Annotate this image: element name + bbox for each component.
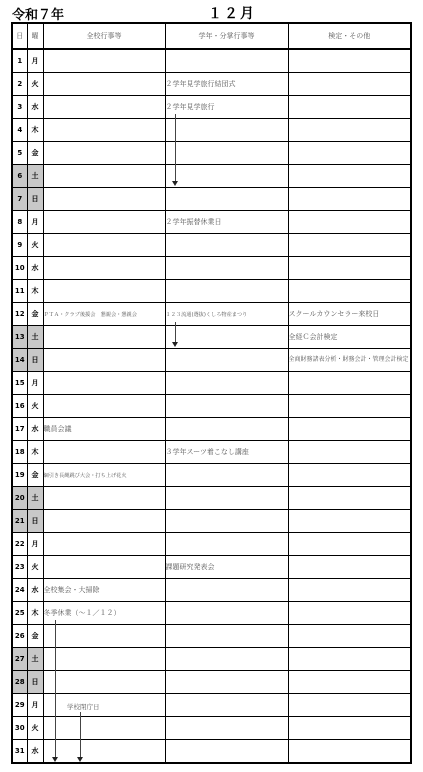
day-of-week: 水 <box>27 96 43 119</box>
school-event-cell <box>43 73 165 96</box>
grade-event-cell: ２学年見学旅行 <box>165 96 288 119</box>
day-number: 6 <box>12 165 27 188</box>
grade-event-cell <box>165 395 288 418</box>
calendar-row: 24水全校集会・大掃除 <box>12 579 411 602</box>
exam-other-cell <box>288 142 411 165</box>
calendar-row: 2火２学年見学旅行結団式 <box>12 73 411 96</box>
day-of-week: 木 <box>27 441 43 464</box>
day-of-week: 木 <box>27 119 43 142</box>
grade-event-cell <box>165 165 288 188</box>
grade-event-cell <box>165 579 288 602</box>
school-event-cell <box>43 234 165 257</box>
day-of-week: 月 <box>27 372 43 395</box>
day-number: 23 <box>12 556 27 579</box>
exam-other-cell <box>288 602 411 625</box>
grade-event-cell <box>165 119 288 142</box>
calendar-row: 18木３学年スーツ着こなし講座 <box>12 441 411 464</box>
school-event-cell <box>43 648 165 671</box>
grade-event-cell <box>165 49 288 73</box>
calendar-row: 19金綱引き長縄跳び大会・打ち上げ花火 <box>12 464 411 487</box>
day-of-week: 土 <box>27 326 43 349</box>
exam-other-cell <box>288 73 411 96</box>
exam-other-cell <box>288 740 411 764</box>
day-number: 29 <box>12 694 27 717</box>
grade-event-cell <box>165 188 288 211</box>
school-event-cell: 全校集会・大掃除 <box>43 579 165 602</box>
grade-event-cell <box>165 602 288 625</box>
day-number: 25 <box>12 602 27 625</box>
grade-event-cell <box>165 418 288 441</box>
day-of-week: 土 <box>27 648 43 671</box>
school-event-cell <box>43 326 165 349</box>
calendar-row: 15月 <box>12 372 411 395</box>
grade-event-cell: ３学年スーツ着こなし講座 <box>165 441 288 464</box>
school-event-cell: 綱引き長縄跳び大会・打ち上げ花火 <box>43 464 165 487</box>
exam-other-cell <box>288 487 411 510</box>
grade-event-cell <box>165 717 288 740</box>
col-header-dow: 曜 <box>27 23 43 49</box>
day-number: 9 <box>12 234 27 257</box>
day-of-week: 火 <box>27 556 43 579</box>
day-of-week: 日 <box>27 510 43 533</box>
day-number: 5 <box>12 142 27 165</box>
day-of-week: 金 <box>27 625 43 648</box>
day-of-week: 火 <box>27 395 43 418</box>
day-of-week: 火 <box>27 234 43 257</box>
day-of-week: 水 <box>27 579 43 602</box>
day-number: 18 <box>12 441 27 464</box>
day-of-week: 土 <box>27 487 43 510</box>
exam-other-cell <box>288 96 411 119</box>
arrow-down-icon <box>55 620 56 758</box>
calendar-row: 7日 <box>12 188 411 211</box>
calendar-row: 16火 <box>12 395 411 418</box>
calendar-row: 10水 <box>12 257 411 280</box>
calendar-row: 25木冬季休業（～１／１２） <box>12 602 411 625</box>
exam-other-cell <box>288 372 411 395</box>
calendar-row: 13土全経Ｃ会計検定 <box>12 326 411 349</box>
calendar-row: 30火 <box>12 717 411 740</box>
day-of-week: 月 <box>27 533 43 556</box>
calendar-row: 26金 <box>12 625 411 648</box>
calendar-row: 4木 <box>12 119 411 142</box>
grade-event-cell <box>165 533 288 556</box>
day-of-week: 水 <box>27 740 43 764</box>
calendar-row: 12金ＰＴＡ・クラブ後援会 懇親会・懇親会１２３流通(選抜)くしろ物産まつりスク… <box>12 303 411 326</box>
school-event-cell <box>43 487 165 510</box>
grade-event-cell: １２３流通(選抜)くしろ物産まつり <box>165 303 288 326</box>
calendar-row: 17水職員会議 <box>12 418 411 441</box>
arrow-down-icon <box>175 114 176 182</box>
grade-event-cell <box>165 648 288 671</box>
school-event-cell <box>43 740 165 764</box>
grade-event-cell <box>165 257 288 280</box>
calendar-row: 21日 <box>12 510 411 533</box>
school-event-cell <box>43 49 165 73</box>
calendar-table: 日 曜 全校行事等 学年・分掌行事等 検定・その他 1月2火２学年見学旅行結団式… <box>11 22 412 764</box>
exam-other-cell <box>288 211 411 234</box>
school-event-cell <box>43 119 165 142</box>
day-of-week: 金 <box>27 464 43 487</box>
school-event-cell <box>43 96 165 119</box>
day-number: 1 <box>12 49 27 73</box>
grade-event-cell <box>165 234 288 257</box>
day-of-week: 水 <box>27 257 43 280</box>
grade-event-cell: ２学年振替休業日 <box>165 211 288 234</box>
day-number: 15 <box>12 372 27 395</box>
grade-event-cell <box>165 671 288 694</box>
school-event-cell <box>43 280 165 303</box>
exam-other-cell <box>288 694 411 717</box>
exam-other-cell <box>288 717 411 740</box>
day-number: 11 <box>12 280 27 303</box>
month-title: １２月 <box>208 3 256 23</box>
school-event-cell <box>43 717 165 740</box>
day-number: 17 <box>12 418 27 441</box>
day-number: 7 <box>12 188 27 211</box>
day-number: 8 <box>12 211 27 234</box>
grade-event-cell <box>165 280 288 303</box>
exam-other-cell <box>288 165 411 188</box>
grade-event-cell <box>165 464 288 487</box>
era-year: 令和７年 <box>12 4 64 23</box>
grade-event-cell: 課題研究発表会 <box>165 556 288 579</box>
day-of-week: 金 <box>27 303 43 326</box>
day-of-week: 金 <box>27 142 43 165</box>
arrow-down-icon <box>175 322 176 343</box>
day-number: 26 <box>12 625 27 648</box>
school-event-cell <box>43 510 165 533</box>
day-number: 4 <box>12 119 27 142</box>
exam-other-cell: 全商財務諸表分析・財務会計・管理会計検定 <box>288 349 411 372</box>
calendar-row: 6土 <box>12 165 411 188</box>
school-event-cell <box>43 625 165 648</box>
day-number: 21 <box>12 510 27 533</box>
day-of-week: 月 <box>27 49 43 73</box>
calendar-row: 8月２学年振替休業日 <box>12 211 411 234</box>
day-number: 3 <box>12 96 27 119</box>
day-number: 22 <box>12 533 27 556</box>
school-event-cell <box>43 694 165 717</box>
arrow-down-icon <box>80 712 81 758</box>
day-of-week: 日 <box>27 671 43 694</box>
grade-event-cell <box>165 625 288 648</box>
col-header-day: 日 <box>12 23 27 49</box>
exam-other-cell <box>288 441 411 464</box>
day-number: 31 <box>12 740 27 764</box>
exam-other-cell <box>288 257 411 280</box>
day-of-week: 日 <box>27 349 43 372</box>
col-header-school-events: 全校行事等 <box>43 23 165 49</box>
school-event-cell <box>43 556 165 579</box>
day-of-week: 木 <box>27 602 43 625</box>
day-number: 27 <box>12 648 27 671</box>
calendar-row: 20土 <box>12 487 411 510</box>
school-event-cell <box>43 349 165 372</box>
school-event-cell <box>43 441 165 464</box>
exam-other-cell <box>288 418 411 441</box>
school-event-cell: 冬季休業（～１／１２） <box>43 602 165 625</box>
day-of-week: 月 <box>27 211 43 234</box>
exam-other-cell <box>288 671 411 694</box>
calendar-row: 9火 <box>12 234 411 257</box>
grade-event-cell <box>165 740 288 764</box>
school-event-cell <box>43 533 165 556</box>
day-number: 2 <box>12 73 27 96</box>
exam-other-cell <box>288 188 411 211</box>
calendar-row: 5金 <box>12 142 411 165</box>
exam-other-cell <box>288 533 411 556</box>
calendar-row: 11木 <box>12 280 411 303</box>
school-event-cell <box>43 257 165 280</box>
header-row: 日 曜 全校行事等 学年・分掌行事等 検定・その他 <box>12 23 411 49</box>
school-event-cell <box>43 165 165 188</box>
exam-other-cell <box>288 280 411 303</box>
exam-other-cell: 全経Ｃ会計検定 <box>288 326 411 349</box>
school-event-cell <box>43 372 165 395</box>
day-of-week: 月 <box>27 694 43 717</box>
day-of-week: 木 <box>27 280 43 303</box>
day-number: 16 <box>12 395 27 418</box>
exam-other-cell <box>288 510 411 533</box>
day-number: 24 <box>12 579 27 602</box>
day-number: 12 <box>12 303 27 326</box>
calendar-row: 22月 <box>12 533 411 556</box>
grade-event-cell <box>165 510 288 533</box>
calendar-row: 3水２学年見学旅行 <box>12 96 411 119</box>
exam-other-cell: スクールカウンセラー来校日 <box>288 303 411 326</box>
day-number: 20 <box>12 487 27 510</box>
grade-event-cell <box>165 142 288 165</box>
day-of-week: 土 <box>27 165 43 188</box>
school-closed-label: 学校閉庁日 <box>67 702 100 711</box>
grade-event-cell <box>165 372 288 395</box>
exam-other-cell <box>288 49 411 73</box>
exam-other-cell <box>288 579 411 602</box>
day-number: 30 <box>12 717 27 740</box>
calendar-row: 23火課題研究発表会 <box>12 556 411 579</box>
calendar-row: 28日 <box>12 671 411 694</box>
exam-other-cell <box>288 556 411 579</box>
grade-event-cell <box>165 326 288 349</box>
day-number: 28 <box>12 671 27 694</box>
exam-other-cell <box>288 464 411 487</box>
day-of-week: 火 <box>27 717 43 740</box>
grade-event-cell <box>165 487 288 510</box>
school-event-cell <box>43 211 165 234</box>
school-event-cell <box>43 142 165 165</box>
exam-other-cell <box>288 119 411 142</box>
school-event-cell: 職員会議 <box>43 418 165 441</box>
grade-event-cell: ２学年見学旅行結団式 <box>165 73 288 96</box>
school-event-cell <box>43 671 165 694</box>
col-header-exams-other: 検定・その他 <box>288 23 411 49</box>
exam-other-cell <box>288 625 411 648</box>
grade-event-cell <box>165 694 288 717</box>
day-number: 13 <box>12 326 27 349</box>
exam-other-cell <box>288 395 411 418</box>
exam-other-cell <box>288 648 411 671</box>
school-event-cell <box>43 395 165 418</box>
calendar-row: 31水 <box>12 740 411 764</box>
day-number: 19 <box>12 464 27 487</box>
exam-other-cell <box>288 234 411 257</box>
calendar-row: 14日全商財務諸表分析・財務会計・管理会計検定 <box>12 349 411 372</box>
day-of-week: 火 <box>27 73 43 96</box>
school-event-cell <box>43 188 165 211</box>
calendar-row: 27土 <box>12 648 411 671</box>
school-event-cell: ＰＴＡ・クラブ後援会 懇親会・懇親会 <box>43 303 165 326</box>
calendar-row: 1月 <box>12 49 411 73</box>
col-header-grade-events: 学年・分掌行事等 <box>165 23 288 49</box>
grade-event-cell <box>165 349 288 372</box>
day-number: 14 <box>12 349 27 372</box>
day-of-week: 水 <box>27 418 43 441</box>
day-of-week: 日 <box>27 188 43 211</box>
day-number: 10 <box>12 257 27 280</box>
